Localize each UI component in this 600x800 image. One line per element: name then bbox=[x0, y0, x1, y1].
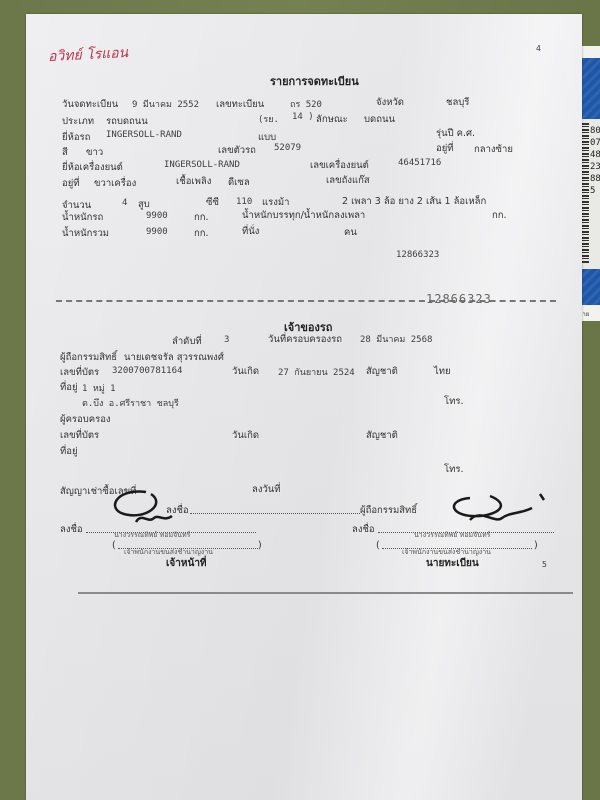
engine-no-label: เลขเครื่องยนต์ bbox=[310, 158, 369, 173]
rs-value: 14 ) bbox=[292, 112, 314, 122]
registration-document: อวิทย์ โรแอน 4 รายการจดทะเบียน วันจดทะเบ… bbox=[26, 14, 582, 800]
registrar-paren-open: ( bbox=[376, 540, 380, 551]
chassis-loc-label: อยู่ที่ bbox=[436, 141, 454, 156]
load-label: น้ำหนักบรรทุก/น้ำหนักลงเพลา bbox=[242, 208, 365, 223]
color-label: สี bbox=[62, 145, 68, 160]
officer-sign-label: ลงชื่อ bbox=[60, 522, 83, 537]
seats-unit: คน bbox=[344, 225, 357, 240]
possessor-dob-label: วันเกิด bbox=[232, 428, 259, 443]
sequence-label: ลำดับที่ bbox=[172, 334, 202, 349]
owner-name: นายเดชจรัล สุวรรณพงศ์ bbox=[124, 350, 224, 365]
tel-label: โทร. bbox=[444, 394, 464, 409]
officer-title: เจ้าหน้าที่ bbox=[166, 556, 207, 571]
cc-label: ซีซี bbox=[206, 195, 219, 210]
signature-officer bbox=[106, 484, 206, 534]
document-bottom-rule bbox=[78, 592, 573, 594]
total-weight-unit: กก. bbox=[194, 226, 209, 241]
signature-registrar bbox=[440, 490, 550, 530]
address-line-1: 1 หมู่ 1 bbox=[82, 381, 116, 395]
possessor-label: ผู้ครอบครอง bbox=[60, 412, 111, 427]
reg-date: 9 มีนาคม 2552 bbox=[132, 97, 199, 111]
axles-wheels: 2 เพลา 3 ล้อ ยาง 2 เส้น 1 ล้อเหล็ก bbox=[342, 194, 486, 209]
engine-number: 46451716 bbox=[398, 158, 441, 168]
gas-tank-label: เลขถังแก๊ส bbox=[326, 173, 370, 188]
officer-name: นางวรรณทิพย์ หอมจันทร์ bbox=[114, 530, 190, 541]
barcode-number: 8007482388 5 bbox=[590, 125, 600, 197]
vehicle-style: บดถนน bbox=[364, 112, 395, 127]
reg-date-label: วันจดทะเบียน bbox=[62, 97, 118, 112]
registrar-paren-close: ) bbox=[534, 540, 538, 551]
owner-sign-label: ผู้ถือกรรมสิทธิ์ bbox=[360, 503, 417, 518]
cc-value: 110 bbox=[236, 197, 252, 207]
rs-label: (รย. bbox=[258, 112, 279, 126]
possessor-id-label: เลขที่บัตร bbox=[60, 428, 99, 443]
possessor-address-label: ที่อยู่ bbox=[60, 444, 78, 459]
section-title-registration: รายการจดทะเบียน bbox=[270, 72, 359, 90]
owner-label: ผู้ถือกรรมสิทธิ์ bbox=[60, 350, 117, 365]
handwritten-note: อวิทย์ โรแอน bbox=[47, 42, 128, 68]
weight-unit: กก. bbox=[194, 210, 209, 225]
fuel-label: เชื้อเพลิง bbox=[176, 174, 211, 189]
registrar-sign-label: ลงชื่อ bbox=[352, 522, 375, 537]
page-number-bottom: 5 bbox=[542, 560, 547, 569]
sign-label: ลงชื่อ bbox=[166, 503, 189, 518]
cylinders-unit: สูบ bbox=[138, 197, 150, 212]
possess-date-label: วันที่ครอบครองรถ bbox=[268, 332, 342, 347]
engine-loc-label: อยู่ที่ bbox=[62, 176, 80, 191]
chassis-label: เลขตัวรถ bbox=[218, 143, 256, 158]
province: ชลบุรี bbox=[446, 95, 469, 110]
total-weight-label: น้ำหนักรวม bbox=[62, 226, 109, 241]
total-weight: 9900 bbox=[146, 227, 168, 237]
engine-brand: INGERSOLL-RAND bbox=[164, 160, 240, 170]
weight-label: น้ำหนักรถ bbox=[62, 210, 103, 225]
chassis-number: 52079 bbox=[274, 143, 301, 153]
possessor-nationality-label: สัญชาติ bbox=[366, 428, 398, 443]
sequence: 3 bbox=[224, 335, 229, 345]
address-line-2: ต.บึง อ.ศรีราชา ชลบุรี bbox=[82, 396, 179, 410]
seats-label: ที่นั่ง bbox=[242, 224, 259, 239]
fuel: ดีเซล bbox=[228, 175, 250, 190]
id-label: เลขที่บัตร bbox=[60, 365, 99, 380]
vehicle-type: รถบดถนน bbox=[106, 114, 148, 129]
brand-label: ยี่ห้อรถ bbox=[62, 130, 90, 145]
style-label: ลักษณะ bbox=[316, 112, 348, 127]
nationality: ไทย bbox=[434, 364, 451, 379]
officer-paren-open: ( bbox=[112, 540, 116, 551]
load-unit: กก. bbox=[492, 208, 507, 223]
engine-location: ขวาเครื่อง bbox=[94, 176, 136, 191]
nationality-label: สัญชาติ bbox=[366, 364, 398, 379]
officer-paren-close: ) bbox=[258, 540, 262, 551]
engine-brand-label: ยี่ห้อเครื่องยนต์ bbox=[62, 160, 123, 175]
registrar-name: นางวรรณทิพย์ หอมจันทร์ bbox=[414, 530, 490, 541]
id-number: 3200700781164 bbox=[112, 366, 182, 376]
document-number: 12866323 bbox=[396, 250, 439, 260]
possessor-tel-label: โทร. bbox=[444, 462, 464, 477]
type-label: ประเภท bbox=[62, 114, 94, 129]
color: ขาว bbox=[86, 145, 103, 160]
vehicle-weight: 9900 bbox=[146, 211, 168, 221]
plate-number: ถร 520 bbox=[290, 97, 322, 111]
chassis-location: กลางซ้าย bbox=[474, 142, 513, 157]
address-label: ที่อยู่ bbox=[60, 380, 78, 395]
owner-sign-line bbox=[190, 513, 360, 514]
document-number-faded: 12866323 bbox=[426, 292, 492, 306]
cylinders: 4 bbox=[122, 198, 127, 208]
registrar-title: นายทะเบียน bbox=[426, 556, 479, 571]
year-label: รุ่นปี ค.ศ. bbox=[436, 126, 475, 141]
province-label: จังหวัด bbox=[376, 95, 404, 110]
possess-date: 28 มีนาคม 2568 bbox=[360, 332, 432, 346]
brand: INGERSOLL-RAND bbox=[106, 130, 182, 140]
hire-date-label: ลงวันที่ bbox=[252, 482, 281, 497]
dob: 27 กันยายน 2524 bbox=[278, 365, 355, 379]
plate-label: เลขทะเบียน bbox=[216, 97, 264, 112]
dob-label: วันเกิด bbox=[232, 364, 259, 379]
page-number-top: 4 bbox=[536, 44, 541, 53]
